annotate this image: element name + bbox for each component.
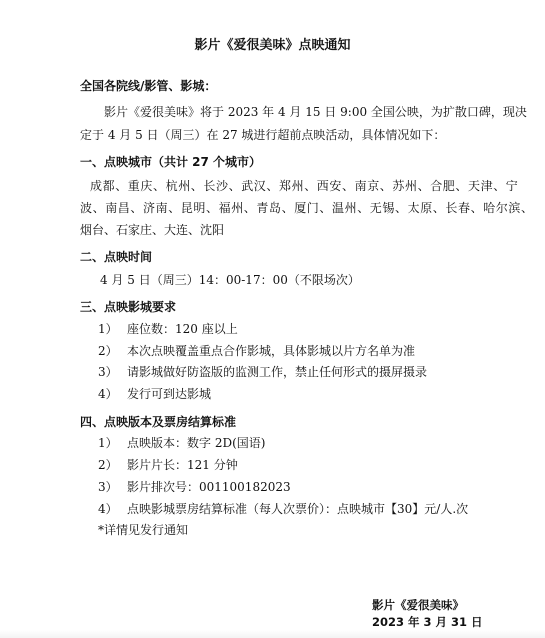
salutation: 全国各院线/影管、影城： — [80, 79, 216, 93]
cities-line-1: 成都、重庆、杭州、长沙、武汉、郑州、西安、南京、苏州、合肥、天津、宁 — [90, 179, 518, 193]
item-text: 发行可到达影城 — [127, 387, 211, 401]
item-number: 1） — [98, 436, 127, 450]
document-page: 影片《爱很美味》点映通知 全国各院线/影管、影城： 影片《爱很美味》将于 202… — [0, 0, 545, 638]
item-text: 影片片长：121 分钟 — [127, 458, 238, 472]
settlement-item: 1）点映版本：数字 2D(国语) — [98, 436, 265, 450]
screening-time: 4 月 5 日（周三）14：00-17：00（不限场次） — [100, 273, 360, 287]
item-text: 影片排次号：001100182023 — [127, 480, 291, 494]
cities-line-3: 烟台、石家庄、大连、沈阳 — [80, 223, 224, 237]
intro-line-2: 定于 4 月 5 日（周三）在 27 城进行超前点映活动，具体情况如下： — [80, 128, 445, 142]
section-heading-version-settlement: 四、点映版本及票房结算标准 — [80, 415, 236, 429]
item-number: 2） — [98, 458, 127, 472]
intro-line-1: 影片《爱很美味》将于 2023 年 4 月 15 日 9:00 全国公映，为扩散… — [104, 105, 527, 119]
requirement-item: 4）发行可到达影城 — [98, 387, 211, 401]
document-title: 影片《爱很美味》点映通知 — [0, 39, 545, 53]
item-number: 1） — [98, 322, 127, 336]
item-text: 点映版本：数字 2D(国语) — [127, 436, 265, 450]
section-heading-cities: 一、点映城市（共计 27 个城市） — [80, 155, 261, 169]
item-text: 座位数：120 座以上 — [127, 322, 238, 336]
settlement-item: 2）影片片长：121 分钟 — [98, 458, 238, 472]
item-number: 3） — [98, 365, 127, 379]
note: *详情见发行通知 — [98, 523, 188, 537]
section-heading-time: 二、点映时间 — [80, 250, 152, 264]
signature-date: 2023 年 3 月 31 日 — [372, 615, 483, 629]
cities-line-2: 波、南昌、济南、昆明、福州、青岛、厦门、温州、无锡、太原、长春、哈尔滨、 — [80, 201, 534, 215]
item-number: 3） — [98, 480, 127, 494]
item-text: 点映影城票房结算标准（每人次票价）：点映城市【30】元/人.次 — [127, 502, 468, 516]
page-edge-shadow — [0, 630, 545, 638]
item-text: 请影城做好防盗版的监测工作，禁止任何形式的摄屏摄录 — [127, 365, 427, 379]
requirement-item: 2）本次点映覆盖重点合作影城，具体影城以片方名单为准 — [98, 344, 415, 358]
item-number: 4） — [98, 502, 127, 516]
requirement-item: 1）座位数：120 座以上 — [98, 322, 238, 336]
settlement-item: 3）影片排次号：001100182023 — [98, 480, 291, 494]
item-number: 4） — [98, 387, 127, 401]
item-text: 本次点映覆盖重点合作影城，具体影城以片方名单为准 — [127, 344, 415, 358]
item-number: 2） — [98, 344, 127, 358]
settlement-item: 4）点映影城票房结算标准（每人次票价）：点映城市【30】元/人.次 — [98, 502, 468, 516]
requirement-item: 3）请影城做好防盗版的监测工作，禁止任何形式的摄屏摄录 — [98, 365, 427, 379]
signature-issuer: 影片《爱很美味》 — [372, 598, 464, 612]
section-heading-cinema-requirements: 三、点映影城要求 — [80, 300, 176, 314]
